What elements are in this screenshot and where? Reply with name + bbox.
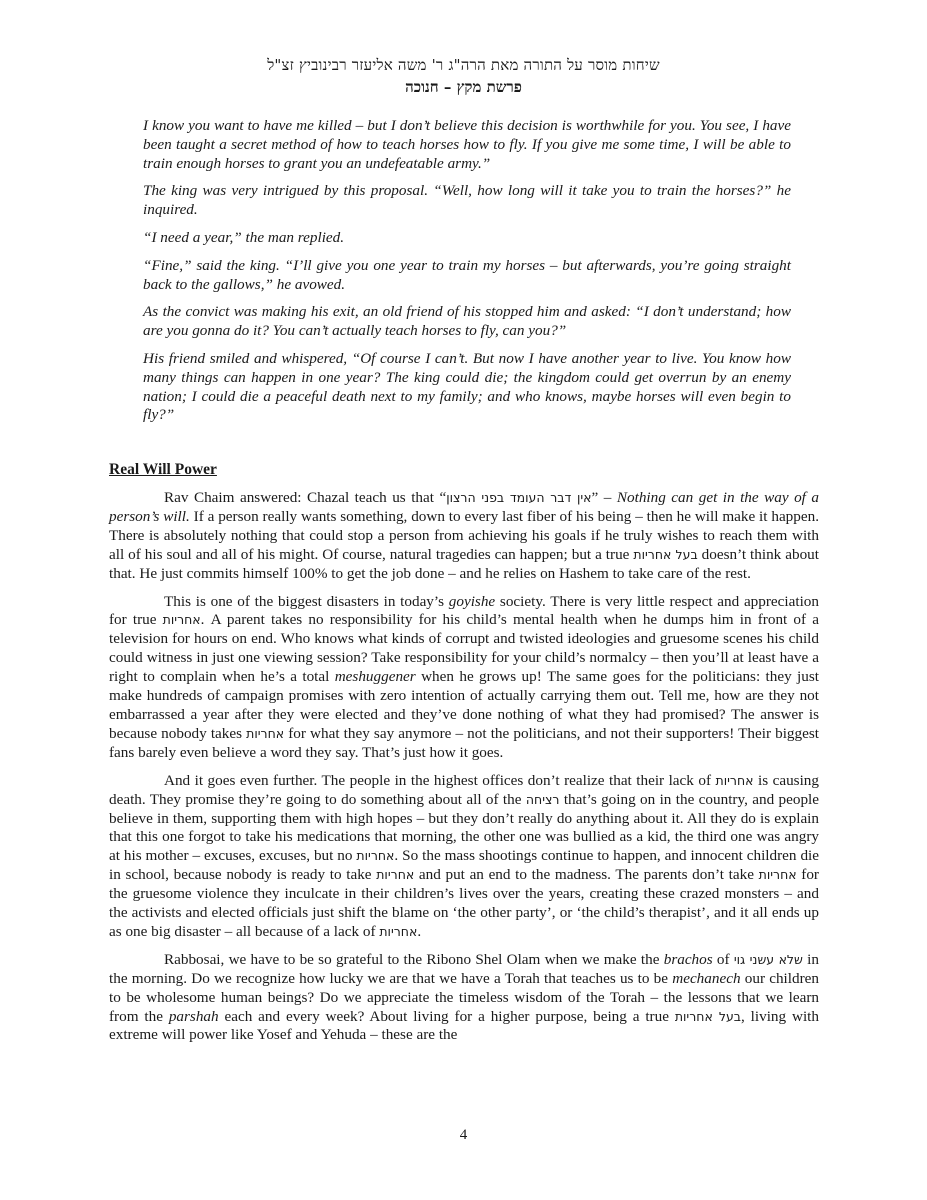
- hebrew-phrase: רציחה: [526, 792, 560, 807]
- hebrew-phrase: אחריות: [356, 848, 394, 863]
- document-page: שיחות מוסר על התורה מאת הרה"ג ר' משה אלי…: [0, 0, 927, 1200]
- text-run: Rabbosai, we have to be so grateful to t…: [164, 951, 664, 968]
- hebrew-phrase: אחריות: [379, 924, 417, 939]
- header-parsha: פרשת מקץ – חנוכה: [0, 78, 927, 97]
- hebrew-phrase: אחריות: [716, 773, 754, 788]
- text-run: of: [713, 951, 734, 968]
- header-title: שיחות מוסר על התורה מאת הרה"ג ר' משה אלי…: [0, 56, 927, 75]
- hebrew-phrase: אחריות: [163, 612, 201, 627]
- quote-paragraph: His friend smiled and whispered, “Of cou…: [143, 350, 791, 425]
- text-run: And it goes even further. The people in …: [164, 772, 716, 789]
- hebrew-phrase: שלא עשני גוי: [734, 952, 803, 967]
- quote-paragraph: “Fine,” said the king. “I’ll give you on…: [143, 257, 791, 295]
- italic-phrase: parshah: [169, 1008, 219, 1025]
- text-run: .: [417, 923, 421, 940]
- hebrew-phrase: אחריות: [246, 726, 284, 741]
- body-text: Rav Chaim answered: Chazal teach us that…: [109, 489, 819, 1054]
- hebrew-phrase: בעל אחריות: [675, 1009, 741, 1024]
- quote-paragraph: The king was very intrigued by this prop…: [143, 182, 791, 220]
- text-run: This is one of the biggest disasters in …: [164, 593, 449, 610]
- text-run: Rav Chaim answered: Chazal teach us that…: [164, 489, 446, 506]
- hebrew-phrase: אין דבר העומד בפני הרצון: [446, 490, 591, 505]
- italic-phrase: meshuggener: [335, 668, 416, 685]
- body-paragraph-2: This is one of the biggest disasters in …: [109, 593, 819, 763]
- text-run: ” –: [592, 489, 617, 506]
- body-paragraph-1: Rav Chaim answered: Chazal teach us that…: [109, 489, 819, 584]
- body-paragraph-3: And it goes even further. The people in …: [109, 772, 819, 942]
- quote-paragraph: As the convict was making his exit, an o…: [143, 303, 791, 341]
- hebrew-phrase: בעל אחריות: [633, 547, 697, 562]
- story-quote-block: I know you want to have me killed – but …: [143, 117, 791, 434]
- text-run: and put an end to the madness. The paren…: [414, 866, 758, 883]
- italic-phrase: brachos: [664, 951, 713, 968]
- section-heading: Real Will Power: [109, 461, 217, 479]
- hebrew-phrase: אחריות: [759, 867, 797, 882]
- quote-paragraph: I know you want to have me killed – but …: [143, 117, 791, 173]
- text-run: each and every week? About living for a …: [219, 1008, 675, 1025]
- quote-paragraph: “I need a year,” the man replied.: [143, 229, 791, 248]
- page-number: 4: [0, 1127, 927, 1144]
- italic-phrase: mechanech: [672, 970, 740, 987]
- italic-phrase: goyishe: [449, 593, 495, 610]
- body-paragraph-4: Rabbosai, we have to be so grateful to t…: [109, 951, 819, 1046]
- hebrew-phrase: אחריות: [376, 867, 414, 882]
